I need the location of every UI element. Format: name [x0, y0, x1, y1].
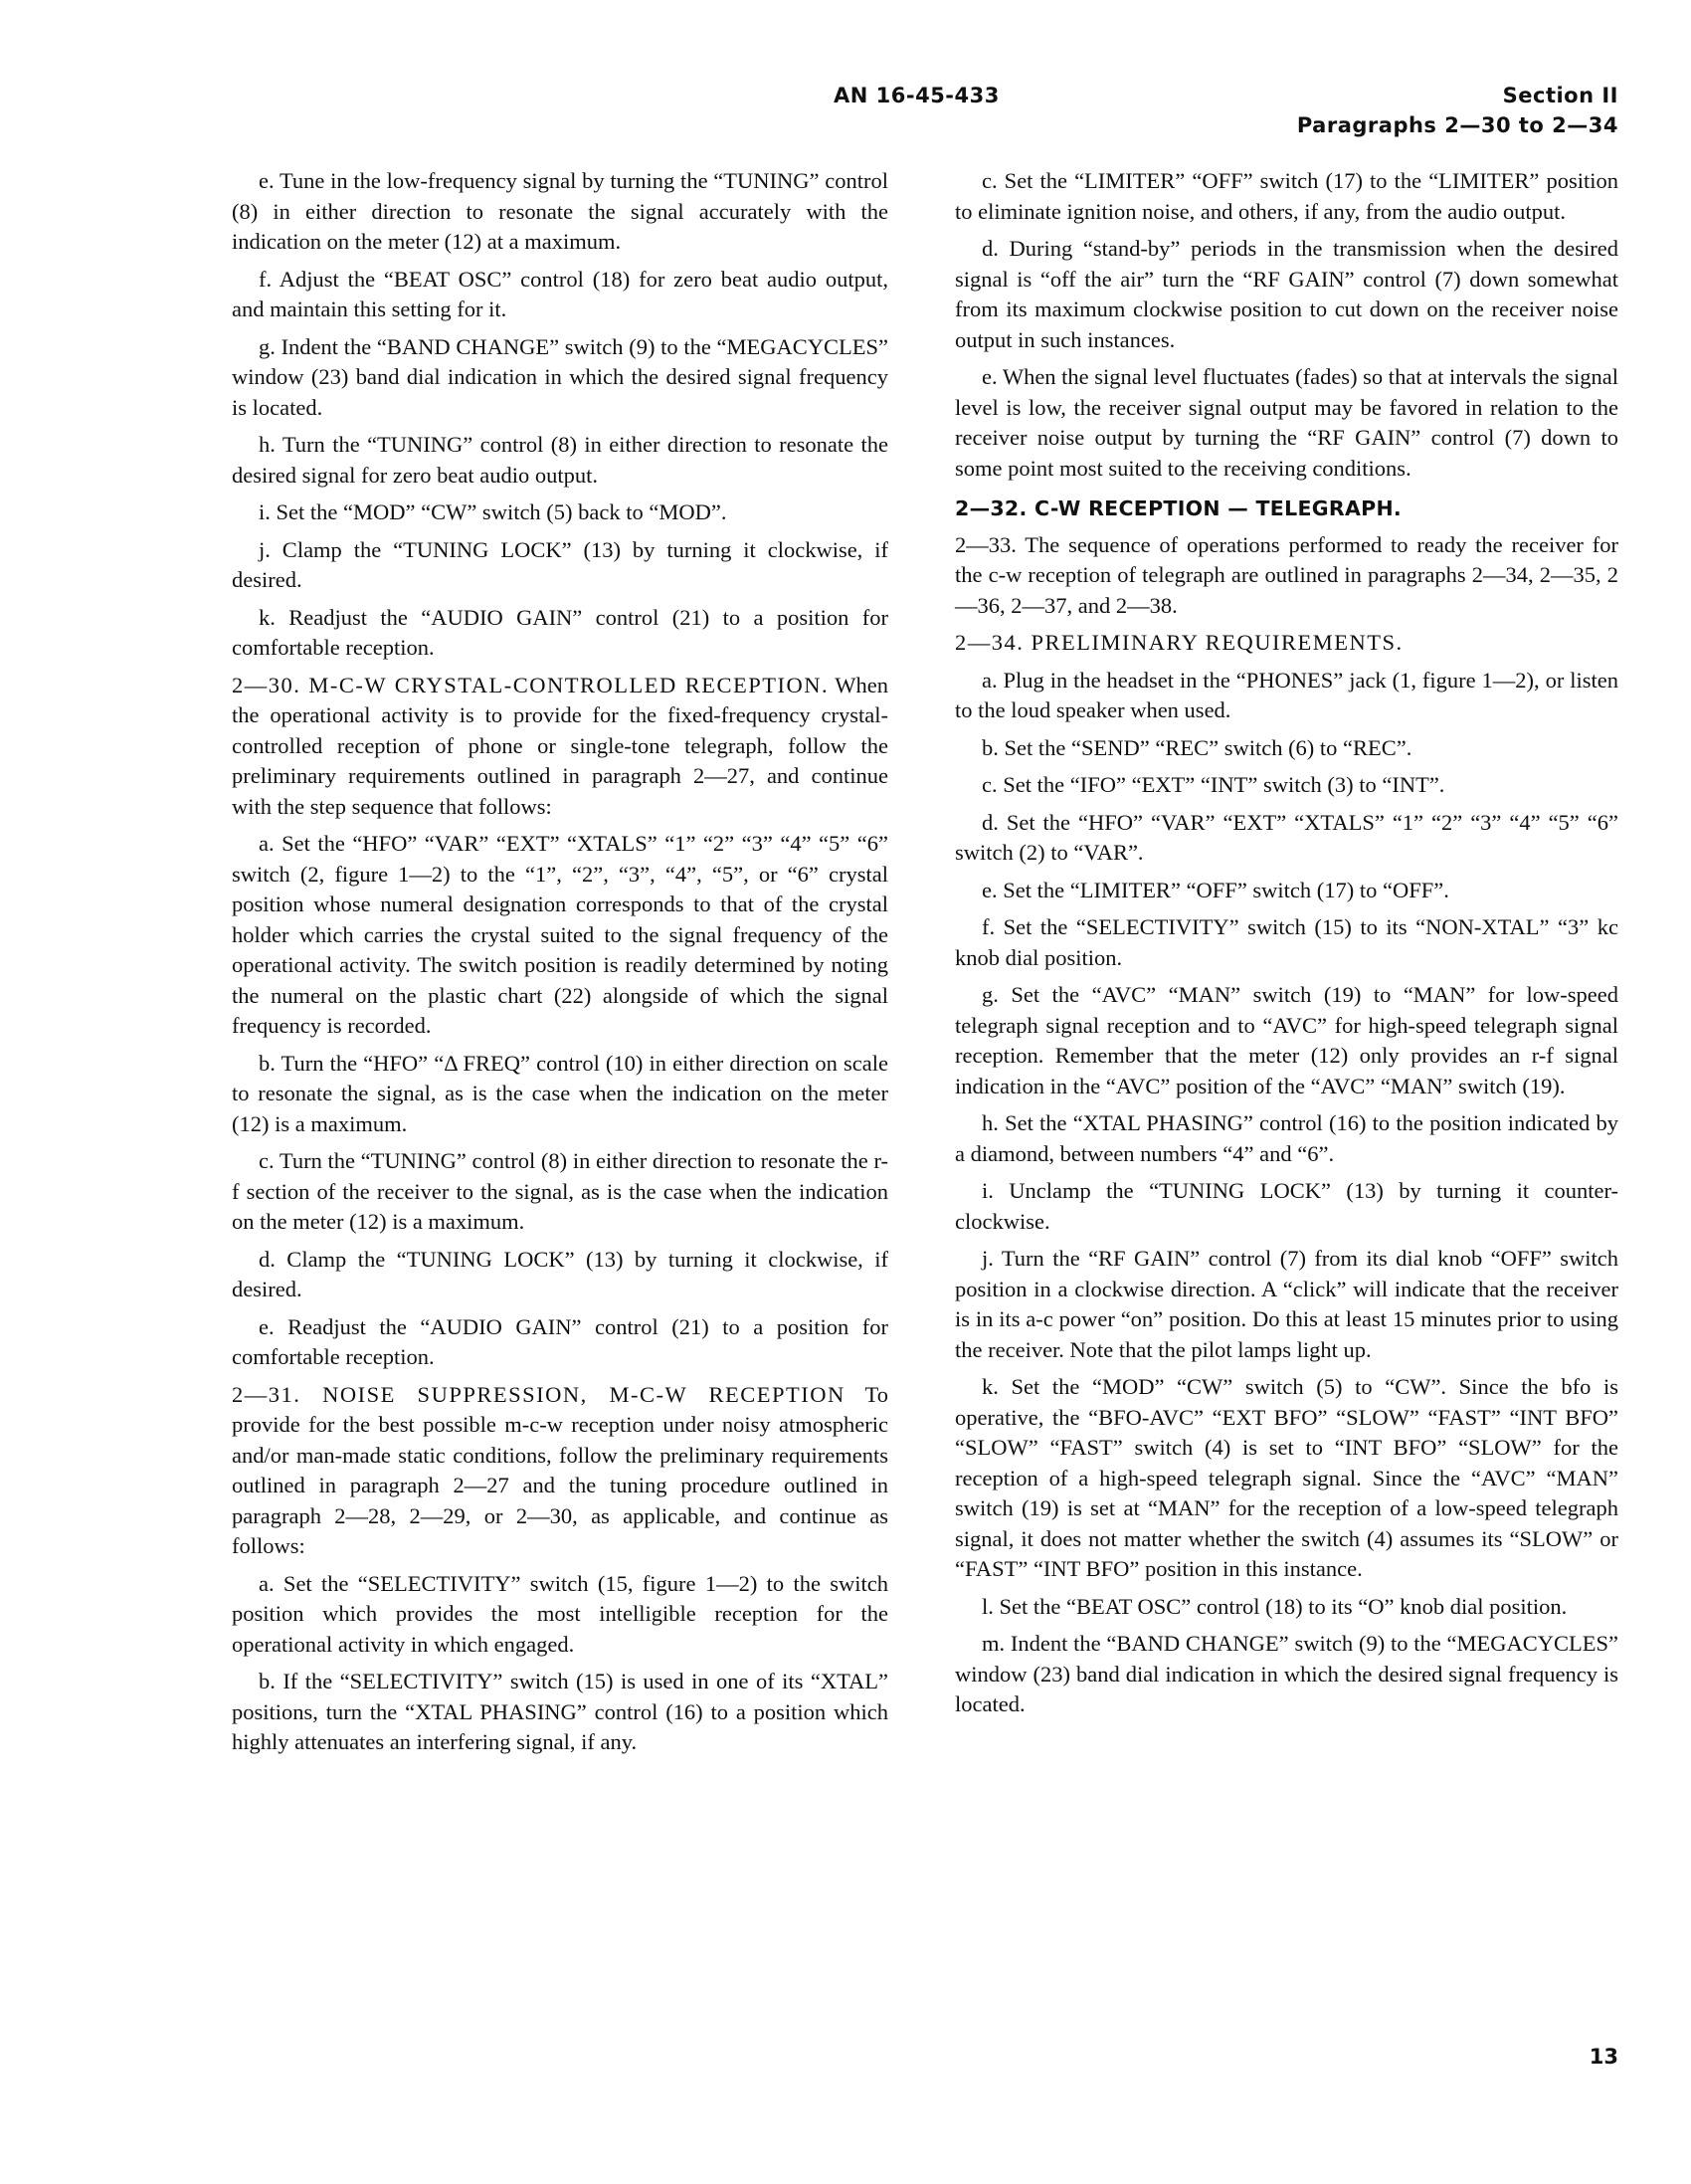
- procedure-step: e. Set the “LIMITER” “OFF” switch (17) t…: [955, 876, 1618, 906]
- numbered-paragraph: 2—31. NOISE SUPPRESSION, M-C-W RECEPTION…: [232, 1380, 888, 1562]
- procedure-step: c. Turn the “TUNING” control (8) in eith…: [232, 1146, 888, 1238]
- procedure-step: f. Set the “SELECTIVITY” switch (15) to …: [955, 912, 1618, 973]
- procedure-step: h. Turn the “TUNING” control (8) in eith…: [232, 430, 888, 491]
- procedure-step: f. Adjust the “BEAT OSC” control (18) fo…: [232, 265, 888, 325]
- procedure-step: j. Clamp the “TUNING LOCK” (13) by turni…: [232, 535, 888, 596]
- numbered-paragraph: 2—30. M-C-W CRYSTAL-CONTROLLED RECEPTION…: [232, 671, 888, 823]
- procedure-step: b. Turn the “HFO” “Δ FREQ” control (10) …: [232, 1049, 888, 1140]
- procedure-step: d. Set the “HFO” “VAR” “EXT” “XTALS” “1”…: [955, 808, 1618, 869]
- procedure-step: k. Readjust the “AUDIO GAIN” control (21…: [232, 603, 888, 664]
- procedure-step: k. Set the “MOD” “CW” switch (5) to “CW”…: [955, 1372, 1618, 1585]
- procedure-step: e. Tune in the low-frequency signal by t…: [232, 166, 888, 258]
- paragraph-body: 2—33. The sequence of operations perform…: [955, 532, 1618, 618]
- paragraph-title: 2—31. NOISE SUPPRESSION, M-C-W RECEPTION: [232, 1382, 845, 1407]
- numbered-paragraph: 2—33. The sequence of operations perform…: [955, 530, 1618, 622]
- procedure-step: e. When the signal level fluctuates (fad…: [955, 362, 1618, 484]
- numbered-paragraph: 2—34. PRELIMINARY REQUIREMENTS.: [955, 628, 1618, 659]
- procedure-step: a. Set the “HFO” “VAR” “EXT” “XTALS” “1”…: [232, 829, 888, 1042]
- section-label: Section II: [1503, 84, 1618, 107]
- procedure-step: b. If the “SELECTIVITY” switch (15) is u…: [232, 1667, 888, 1758]
- left-column: e. Tune in the low-frequency signal by t…: [232, 166, 888, 1765]
- procedure-step: g. Indent the “BAND CHANGE” switch (9) t…: [232, 332, 888, 424]
- procedure-step: i. Set the “MOD” “CW” switch (5) back to…: [232, 497, 888, 528]
- procedure-step: c. Set the “IFO” “EXT” “INT” switch (3) …: [955, 770, 1618, 801]
- section-heading: 2—32. C-W RECEPTION — TELEGRAPH.: [955, 494, 1618, 524]
- procedure-step: c. Set the “LIMITER” “OFF” switch (17) t…: [955, 166, 1618, 227]
- procedure-step: e. Readjust the “AUDIO GAIN” control (21…: [232, 1312, 888, 1373]
- document-id: AN 16-45-433: [834, 84, 1000, 107]
- procedure-step: l. Set the “BEAT OSC” control (18) to it…: [955, 1592, 1618, 1623]
- procedure-step: g. Set the “AVC” “MAN” switch (19) to “M…: [955, 980, 1618, 1101]
- paragraph-title: 2—30. M-C-W CRYSTAL-CONTROLLED RECEPTION…: [232, 673, 829, 697]
- procedure-step: a. Plug in the headset in the “PHONES” j…: [955, 666, 1618, 726]
- procedure-step: d. During “stand-by” periods in the tran…: [955, 234, 1618, 355]
- procedure-step: b. Set the “SEND” “REC” switch (6) to “R…: [955, 733, 1618, 764]
- procedure-step: h. Set the “XTAL PHASING” control (16) t…: [955, 1108, 1618, 1169]
- procedure-step: d. Clamp the “TUNING LOCK” (13) by turni…: [232, 1245, 888, 1305]
- paragraph-body: To provide for the best possible m-c-w r…: [232, 1382, 888, 1559]
- procedure-step: i. Unclamp the “TUNING LOCK” (13) by tur…: [955, 1176, 1618, 1237]
- page-number: 13: [1590, 2045, 1618, 2069]
- paragraph-title: 2—34. PRELIMINARY REQUIREMENTS.: [955, 630, 1404, 655]
- procedure-step: a. Set the “SELECTIVITY” switch (15, fig…: [232, 1569, 888, 1661]
- paragraph-range: Paragraphs 2—30 to 2—34: [1297, 113, 1618, 137]
- procedure-step: m. Indent the “BAND CHANGE” switch (9) t…: [955, 1629, 1618, 1720]
- procedure-step: j. Turn the “RF GAIN” control (7) from i…: [955, 1244, 1618, 1365]
- right-column: c. Set the “LIMITER” “OFF” switch (17) t…: [955, 166, 1618, 1727]
